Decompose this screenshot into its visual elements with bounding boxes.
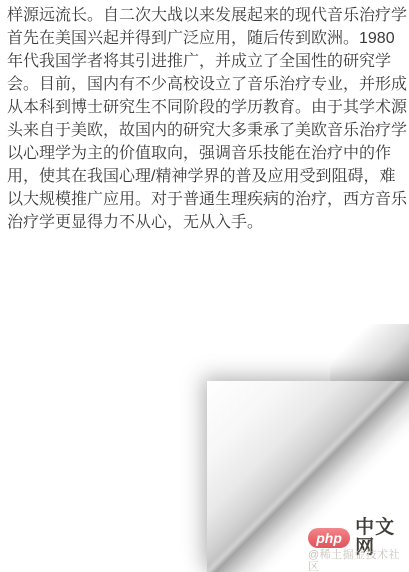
article-paragraph: 样源远流长。自二次大战以来发展起来的现代音乐治疗学 首先在美国兴起并得到广泛应用… (7, 4, 407, 234)
php-logo-label: php (316, 530, 342, 546)
curl-corner-shadow (330, 324, 409, 381)
article-page: 样源远流长。自二次大战以来发展起来的现代音乐治疗学 首先在美国兴起并得到广泛应用… (0, 0, 409, 572)
php-cn-logo: php 中文网 (308, 528, 409, 548)
php-logo-icon: php (308, 528, 350, 548)
watermark-text: @稀土掘金技术社区 (308, 549, 409, 572)
